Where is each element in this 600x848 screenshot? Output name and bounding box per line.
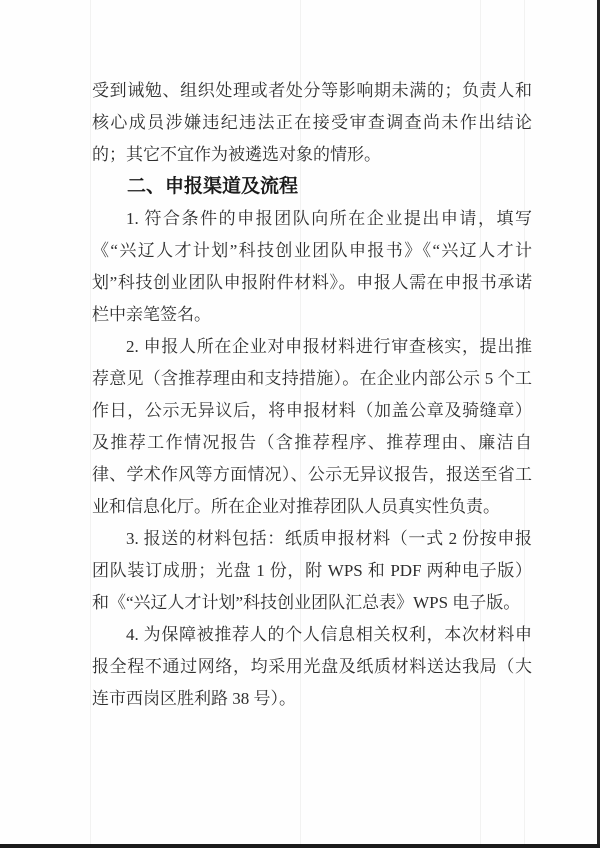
- numbered-paragraph-4: 4. 为保障被推荐人的个人信息相关权利，本次材料申报全程不通过网络，均采用光盘及…: [92, 619, 532, 715]
- scanned-document-page: 受到诫勉、组织处理或者处分等影响期未满的；负责人和核心成员涉嫌违纪违法正在接受审…: [0, 0, 600, 848]
- section-heading: 二、申报渠道及流程: [92, 171, 532, 203]
- scan-edge-bottom: [0, 844, 600, 848]
- scan-artifact-band: [90, 0, 91, 848]
- continuation-paragraph: 受到诫勉、组织处理或者处分等影响期未满的；负责人和核心成员涉嫌违纪违法正在接受审…: [92, 75, 532, 171]
- numbered-paragraph-3: 3. 报送的材料包括：纸质申报材料（一式 2 份按申报团队装订成册；光盘 1 份…: [92, 523, 532, 619]
- document-text-block: 受到诫勉、组织处理或者处分等影响期未满的；负责人和核心成员涉嫌违纪违法正在接受审…: [92, 75, 532, 715]
- numbered-paragraph-2: 2. 申报人所在企业对申报材料进行审查核实，提出推荐意见（含推荐理由和支持措施）…: [92, 331, 532, 523]
- numbered-paragraph-1: 1. 符合条件的申报团队向所在企业提出申请，填写《“兴辽人才计划”科技创业团队申…: [92, 203, 532, 331]
